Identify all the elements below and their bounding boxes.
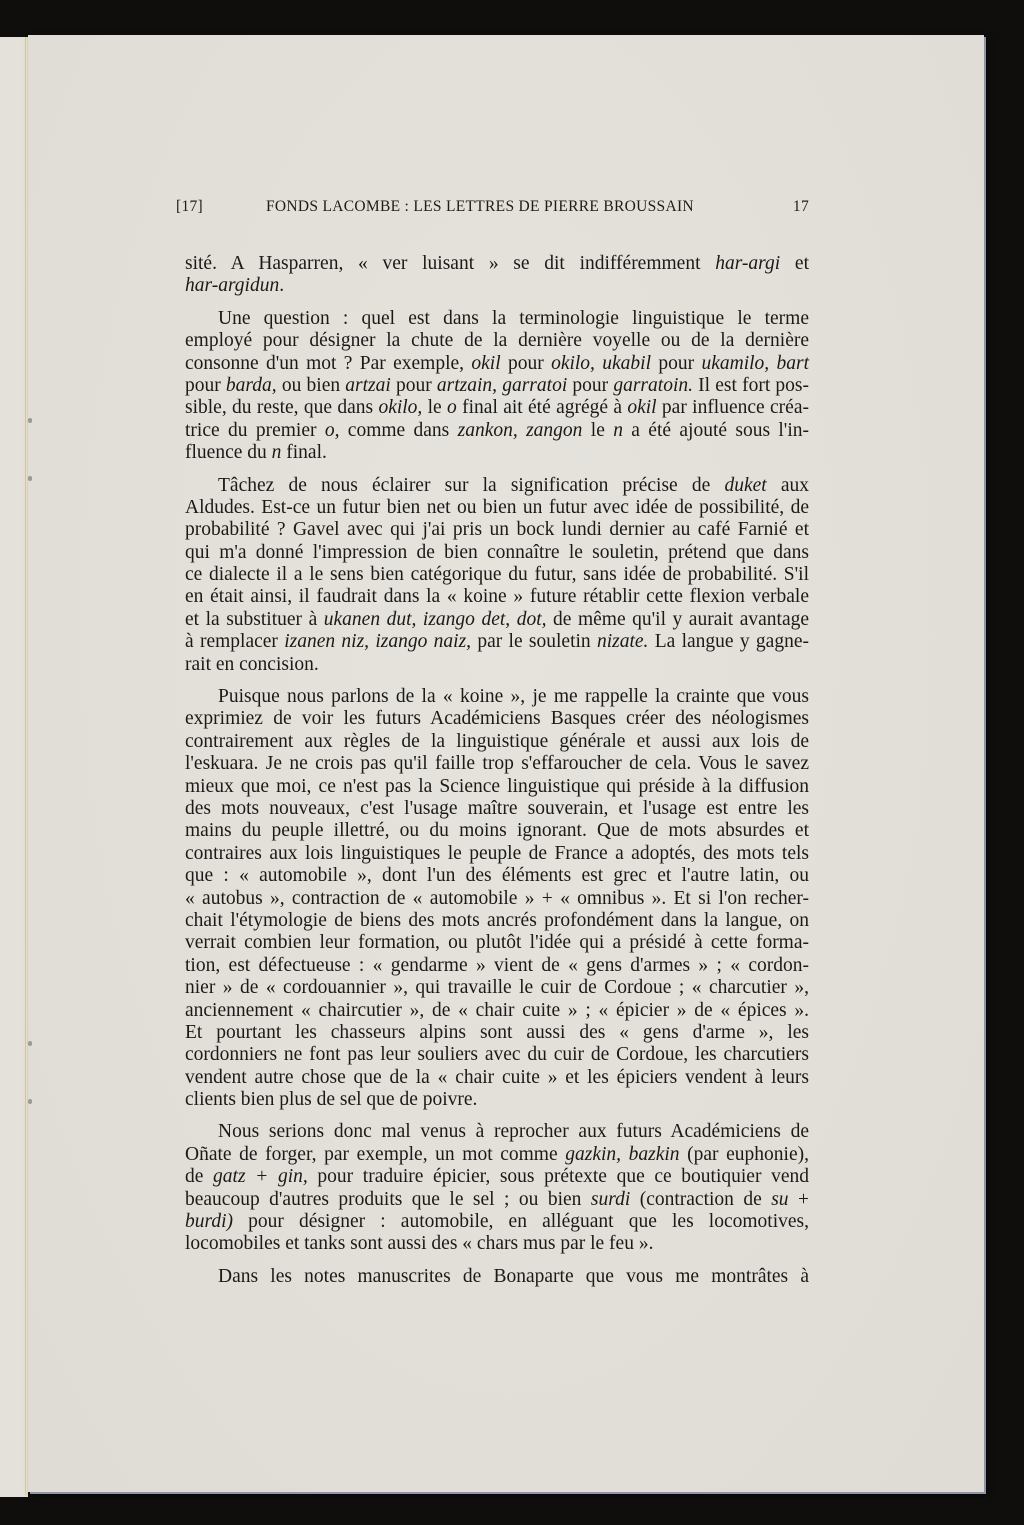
text-run: trice du premier — [185, 420, 325, 441]
text-line: Oñate de forger, par exemple, un mot com… — [185, 1144, 809, 1166]
text-line: Dans les notes manuscrites de Bonaparte … — [185, 1266, 809, 1288]
text-run: pour — [501, 353, 551, 374]
text-line: probabilité ? Gavel avec qui j'ai pris u… — [185, 519, 809, 541]
text-run: employé pour désigner la chute de la der… — [185, 330, 809, 351]
text-run: rait en concision. — [185, 654, 319, 675]
paragraph-gap — [185, 1111, 809, 1121]
text-line: et la substituer à ukanen dut, izango de… — [185, 609, 809, 631]
text-run: ou bien — [277, 375, 346, 396]
text-run: vendent autre chose que de la « chair cu… — [185, 1067, 809, 1088]
text-run: probabilité ? Gavel avec qui j'ai pris u… — [185, 519, 809, 540]
text-run: Tâchez de nous éclairer sur la significa… — [218, 475, 724, 496]
text-line: contrairement aux règles de la linguisti… — [185, 731, 809, 753]
italic-term: barda, — [226, 375, 277, 396]
text-line: clients bien plus de sel que de poivre. — [185, 1089, 809, 1111]
text-line: beaucoup d'autres produits que le sel ; … — [185, 1189, 809, 1211]
paragraph-gap — [185, 465, 809, 475]
text-run: Dans les notes manuscrites de Bonaparte … — [218, 1266, 809, 1287]
text-run: sible, du reste, que dans — [185, 397, 378, 418]
text-run: à remplacer — [185, 631, 284, 652]
text-run: Oñate de forger, par exemple, un mot com… — [185, 1144, 565, 1165]
text-run: « autobus », contraction de « automobile… — [185, 888, 809, 909]
text-run: a été ajouté sous l'in- — [623, 420, 809, 441]
text-line: consonne d'un mot ? Par exemple, okil po… — [185, 353, 809, 375]
text-run: par le souletin — [471, 631, 597, 652]
text-run: et la substituer à — [185, 609, 324, 630]
text-run: que : « automobile », dont l'un des élém… — [185, 865, 809, 886]
italic-term: o, — [325, 420, 340, 441]
text-run: locomobiles et tanks sont aussi des « ch… — [185, 1233, 653, 1254]
text-run: (par euphonie), — [680, 1144, 809, 1165]
italic-term: artzai — [345, 375, 391, 396]
text-line: pour barda, ou bien artzai pour artzain,… — [185, 375, 809, 397]
paragraph: Tâchez de nous éclairer sur la significa… — [185, 475, 809, 677]
text-run: pour — [391, 375, 437, 396]
italic-term: n — [272, 442, 282, 463]
text-run: de même qu'il y aurait avantage — [547, 609, 810, 630]
text-run: exprimiez de voir les futurs Académicien… — [185, 708, 809, 729]
text-line: contraires aux lois linguistiques le peu… — [185, 843, 809, 865]
text-run: de — [185, 1166, 213, 1187]
text-run: beaucoup d'autres produits que le sel ; … — [185, 1189, 591, 1210]
text-run: Il est fort pos- — [693, 375, 809, 396]
text-run: fluence du — [185, 442, 272, 463]
text-line: har-argidun. — [185, 275, 809, 297]
facing-page-edge — [0, 37, 28, 1497]
text-run: (contraction de — [630, 1189, 771, 1210]
italic-term: surdi — [591, 1189, 630, 1210]
text-run: . — [279, 275, 284, 296]
text-line: sible, du reste, que dans okilo, le o fi… — [185, 397, 809, 419]
text-run: + — [789, 1189, 809, 1210]
body-text: sité. A Hasparren, « ver luisant » se di… — [185, 253, 809, 1288]
text-run: Puisque nous parlons de la « koine », je… — [218, 686, 809, 707]
text-run: anciennement « chaircutier », de « chair… — [185, 1000, 809, 1021]
text-run: tion, est défectueuse : « gendarme » vie… — [185, 955, 809, 976]
text-line: Tâchez de nous éclairer sur la significa… — [185, 475, 809, 497]
text-line: cordonniers ne font pas leur souliers av… — [185, 1044, 809, 1066]
text-run: clients bien plus de sel que de poivre. — [185, 1089, 477, 1110]
text-run: nier » de « cordouannier », qui travaill… — [185, 977, 809, 998]
italic-term: gazkin, bazkin — [565, 1144, 679, 1165]
text-run: pour — [567, 375, 613, 396]
paragraph: sité. A Hasparren, « ver luisant » se di… — [185, 253, 809, 298]
italic-term: okil — [471, 353, 500, 374]
text-run: et — [780, 253, 809, 274]
text-line: que : « automobile », dont l'un des élém… — [185, 865, 809, 887]
italic-term: okilo, ukabil — [551, 353, 651, 374]
italic-term: har-argidun — [185, 275, 279, 296]
text-line: l'eskuara. Je ne crois pas qu'il faille … — [185, 753, 809, 775]
text-line: chait l'étymologie de biens des mots anc… — [185, 910, 809, 932]
italic-term: su — [771, 1189, 788, 1210]
text-run: pour désigner : automobile, en alléguant… — [233, 1211, 809, 1232]
italic-term: gatz + gin, — [213, 1166, 308, 1187]
text-line: des mots nouveaux, c'est l'usage maître … — [185, 798, 809, 820]
text-run: Et pourtant les chasseurs alpins sont au… — [185, 1022, 809, 1043]
text-run: en était ainsi, il faudrait dans la « ko… — [185, 586, 809, 607]
text-line: anciennement « chaircutier », de « chair… — [185, 1000, 809, 1022]
paragraph-gap — [185, 676, 809, 686]
italic-term: ukamilo, bart — [701, 353, 809, 374]
text-line: fluence du n final. — [185, 442, 809, 464]
text-run: cordonniers ne font pas leur souliers av… — [185, 1044, 809, 1065]
text-run: Nous serions donc mal venus à reprocher … — [218, 1121, 809, 1142]
text-run: final. — [281, 442, 326, 463]
binding-stitch — [28, 1099, 32, 1104]
text-line: mains du peuple illettré, ou du moins ig… — [185, 820, 809, 842]
text-line: « autobus », contraction de « automobile… — [185, 888, 809, 910]
italic-term: okilo, — [378, 397, 422, 418]
text-line: exprimiez de voir les futurs Académicien… — [185, 708, 809, 730]
text-run: sité. A Hasparren, « ver luisant » se di… — [185, 253, 715, 274]
paragraph: Puisque nous parlons de la « koine », je… — [185, 686, 809, 1111]
text-run: verrait combien leur formation, ou plutô… — [185, 932, 809, 953]
text-line: Aldudes. Est-ce un futur bien net ou bie… — [185, 497, 809, 519]
binding-stitch — [28, 1041, 32, 1046]
text-run: ce dialecte il a le sens bien catégoriqu… — [185, 564, 809, 585]
text-line: qui m'a donné l'impression de bien conna… — [185, 542, 809, 564]
text-line: trice du premier o, comme dans zankon, z… — [185, 420, 809, 442]
running-header: [17] FONDS LACOMBE : LES LETTRES DE PIER… — [176, 198, 809, 220]
text-line: à remplacer izanen niz, izango naiz, par… — [185, 631, 809, 653]
text-line: Puisque nous parlons de la « koine », je… — [185, 686, 809, 708]
binding-stitch — [28, 418, 32, 423]
running-title: FONDS LACOMBE : LES LETTRES DE PIERRE BR… — [266, 198, 694, 216]
text-line: mieux que moi, ce n'est pas la Science l… — [185, 776, 809, 798]
text-line: Et pourtant les chasseurs alpins sont au… — [185, 1022, 809, 1044]
text-run: pour — [185, 375, 226, 396]
text-run: chait l'étymologie de biens des mots anc… — [185, 910, 809, 931]
text-line: vendent autre chose que de la « chair cu… — [185, 1067, 809, 1089]
text-run: consonne d'un mot ? Par exemple, — [185, 353, 471, 374]
text-line: employé pour désigner la chute de la der… — [185, 330, 809, 352]
paragraph-gap — [185, 1256, 809, 1266]
text-run: Aldudes. Est-ce un futur bien net ou bie… — [185, 497, 809, 518]
text-line: locomobiles et tanks sont aussi des « ch… — [185, 1233, 809, 1255]
page-number: 17 — [793, 198, 809, 216]
text-run: le — [422, 397, 447, 418]
text-run: l'eskuara. Je ne crois pas qu'il faille … — [185, 753, 809, 774]
italic-term: garratoin. — [613, 375, 693, 396]
text-run: des mots nouveaux, c'est l'usage maître … — [185, 798, 809, 819]
text-run: La langue y gagne- — [648, 631, 809, 652]
paragraph: Dans les notes manuscrites de Bonaparte … — [185, 1266, 809, 1288]
italic-term: duket — [724, 475, 766, 496]
italic-term: n — [613, 420, 623, 441]
text-line: sité. A Hasparren, « ver luisant » se di… — [185, 253, 809, 275]
text-run: final ait été agrégé à — [457, 397, 628, 418]
italic-term: har-argi — [715, 253, 780, 274]
text-line: tion, est défectueuse : « gendarme » vie… — [185, 955, 809, 977]
text-run: Une question : quel est dans la terminol… — [218, 308, 809, 329]
italic-term: artzain, garratoi — [437, 375, 567, 396]
text-run: le — [582, 420, 613, 441]
section-number: [17] — [176, 198, 203, 216]
text-run: contrairement aux règles de la linguisti… — [185, 731, 809, 752]
text-run: comme dans — [339, 420, 457, 441]
text-line: verrait combien leur formation, ou plutô… — [185, 932, 809, 954]
paragraph: Une question : quel est dans la terminol… — [185, 308, 809, 465]
italic-term: o — [447, 397, 457, 418]
text-line: Une question : quel est dans la terminol… — [185, 308, 809, 330]
italic-term: okil — [627, 397, 656, 418]
text-line: Nous serions donc mal venus à reprocher … — [185, 1121, 809, 1143]
text-line: de gatz + gin, pour traduire épicier, so… — [185, 1166, 809, 1188]
text-line: rait en concision. — [185, 654, 809, 676]
text-run: qui m'a donné l'impression de bien conna… — [185, 542, 809, 563]
paragraph-gap — [185, 298, 809, 308]
page-gutter — [25, 37, 28, 1495]
text-run: par influence créa- — [657, 397, 809, 418]
italic-term: zankon, zangon — [458, 420, 583, 441]
text-run: mains du peuple illettré, ou du moins ig… — [185, 820, 809, 841]
text-line: burdi) pour désigner : automobile, en al… — [185, 1211, 809, 1233]
paragraph: Nous serions donc mal venus à reprocher … — [185, 1121, 809, 1255]
text-run: aux — [767, 475, 809, 496]
text-line: ce dialecte il a le sens bien catégoriqu… — [185, 564, 809, 586]
text-run: contraires aux lois linguistiques le peu… — [185, 843, 809, 864]
text-run: pour — [651, 353, 701, 374]
text-run: mieux que moi, ce n'est pas la Science l… — [185, 776, 809, 797]
italic-term: izanen niz, izango naiz, — [284, 631, 471, 652]
text-line: en était ainsi, il faudrait dans la « ko… — [185, 586, 809, 608]
italic-term: nizate. — [597, 631, 648, 652]
text-line: nier » de « cordouannier », qui travaill… — [185, 977, 809, 999]
binding-stitch — [28, 476, 32, 481]
italic-term: ukanen dut, izango det, dot, — [324, 609, 547, 630]
text-run: pour traduire épicier, sous prétexte que… — [308, 1166, 809, 1187]
italic-term: burdi) — [185, 1211, 233, 1232]
